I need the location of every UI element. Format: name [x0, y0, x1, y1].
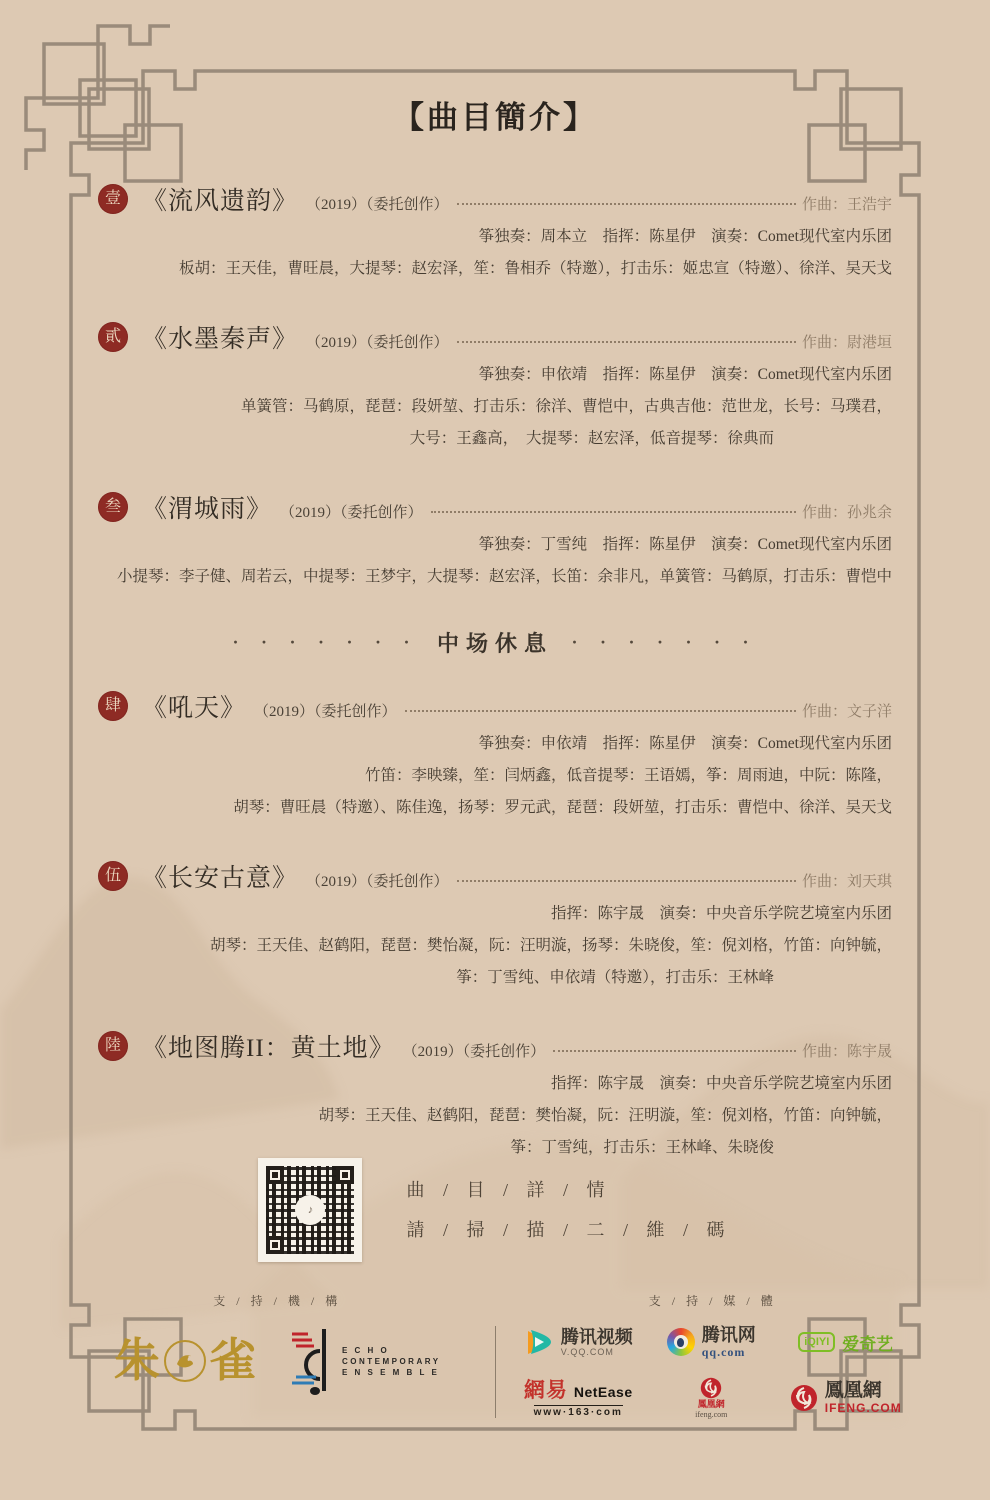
program-item-4: 肆《吼天》（2019）（委托创作）作曲：文子洋筝独奏：申依靖 指挥：陈星伊 演奏… — [98, 688, 892, 824]
program-item-5: 伍《长安古意》（2019）（委托创作）作曲：刘天琪指挥：陈宇晟 演奏：中央音乐学… — [98, 858, 892, 994]
iqiyi-badge-icon: iQIYI — [798, 1332, 835, 1352]
phoenix-icon — [790, 1384, 818, 1412]
echo-logo-text: E C H O CONTEMPORARY E N S E M B L E — [342, 1345, 441, 1378]
item-number-seal: 叁 — [98, 492, 128, 522]
piece-meta: （2019）（委托创作） — [395, 1040, 552, 1061]
piece-title: 《地图腾II：黄土地》 — [142, 1028, 395, 1064]
performers-line: 筝独奏：申依靖 指挥：陈星伊 演奏：Comet现代室内乐团 — [98, 728, 892, 760]
zhuque-logo: 朱 雀 — [114, 1338, 256, 1384]
qr-finder-icon — [266, 1166, 284, 1184]
dotted-leader — [405, 700, 796, 712]
dotted-leader — [431, 501, 796, 513]
performers-line: 筝独奏：周本立 指挥：陈星伊 演奏：Comet现代室内乐团 — [98, 221, 892, 253]
piece-title: 《吼天》 — [142, 688, 246, 724]
iqiyi-logo: iQIYI 爱奇艺 — [798, 1330, 893, 1355]
piece-meta: （2019）（委托创作） — [298, 331, 455, 352]
piece-meta: （2019）（委托创作） — [246, 700, 403, 721]
qr-finder-icon — [266, 1236, 284, 1254]
performers-line: 单簧管：马鹤原，琵琶：段妍堃、打击乐：徐洋、曹恺中，古典吉他：范世龙，长号：马璞… — [98, 391, 892, 423]
zhuque-bird-emblem-icon — [164, 1340, 206, 1382]
footer-sponsors: 支 / 持 / 機 / 構 朱 雀 — [60, 1292, 930, 1419]
zhuque-char-1: 朱 — [114, 1338, 160, 1384]
supporting-media-header: 支 / 持 / 媒 / 體 — [649, 1292, 777, 1309]
composer-credit: 作曲：尉港垣 — [798, 331, 892, 352]
performers-line: 胡琴：曹旺晨（特邀）、陈佳逸，扬琴：罗元武，琵琶：段妍堃，打击乐：曹恺中、徐洋、… — [98, 792, 892, 824]
performers-line: 筝独奏：申依靖 指挥：陈星伊 演奏：Comet现代室内乐团 — [98, 359, 892, 391]
item-number-seal: 伍 — [98, 861, 128, 891]
performers-line: 指挥：陈宇晟 演奏：中央音乐学院艺境室内乐团 — [98, 898, 892, 930]
piece-title: 《长安古意》 — [142, 858, 298, 894]
dotted-leader — [553, 1040, 796, 1052]
piece-meta: （2019）（委托创作） — [298, 193, 455, 214]
composer-credit: 作曲：孙兆余 — [798, 501, 892, 522]
echo-ensemble-logo: E C H O CONTEMPORARY E N S E M B L E — [290, 1325, 441, 1397]
zhuque-char-2: 雀 — [210, 1338, 256, 1384]
piece-header: 壹《流风遗韵》（2019）（委托创作）作曲：王浩宇 — [98, 181, 892, 217]
composer-credit: 作曲：陈宇晟 — [798, 1040, 892, 1061]
piece-meta: （2019）（委托创作） — [272, 501, 429, 522]
intermission-label: 中场休息 — [431, 631, 559, 656]
ifeng-logo: 鳳凰網 IFENG.COM — [790, 1380, 902, 1416]
performers-line: 大号：王鑫高， 大提琴：赵宏泽，低音提琴：徐典而 — [98, 423, 892, 455]
performers-line: 小提琴：李子健、周若云，中提琴：王梦宇，大提琴：赵宏泽，长笛：余非凡，单簧管：马… — [98, 561, 892, 593]
composer-credit: 作曲：王浩宇 — [798, 193, 892, 214]
item-number-seal: 壹 — [98, 184, 128, 214]
program-item-3: 叁《渭城雨》（2019）（委托创作）作曲：孙兆余筝独奏：丁雪纯 指挥：陈星伊 演… — [98, 489, 892, 593]
intermission-dots-right: · · · · · · · — [572, 632, 758, 652]
qq-globe-icon — [667, 1328, 695, 1356]
intermission-dots-left: · · · · · · · — [232, 632, 418, 652]
ifeng-small-logo: 鳳凰網 ifeng.com — [695, 1377, 727, 1419]
netease-logo: 網易 NetEase www·163·com — [524, 1378, 633, 1418]
dotted-leader — [457, 870, 796, 882]
dotted-leader — [457, 193, 796, 205]
supporting-media: 支 / 持 / 媒 / 體 腾讯视频 V.QQ.COM — [496, 1292, 931, 1419]
piece-title: 《水墨秦声》 — [142, 319, 298, 355]
qr-modules: ♪ — [266, 1166, 354, 1254]
program-item-2: 貳《水墨秦声》（2019）（委托创作）作曲：尉港垣筝独奏：申依靖 指挥：陈星伊 … — [98, 319, 892, 455]
qr-caption: 曲 / 目 / 詳 / 情 請 / 掃 / 描 / 二 / 維 / 碼 — [406, 1170, 731, 1250]
performers-line: 竹笛：李映臻，笙：闫炳鑫，低音提琴：王语嫣，筝：周雨迪，中阮：陈隆， — [98, 760, 892, 792]
phoenix-icon — [700, 1377, 722, 1399]
dotted-leader — [457, 331, 796, 343]
performers-line: 胡琴：王天佳、赵鹤阳，琵琶：樊怡凝，阮：汪明漩，笙：倪刘格，竹笛：向钟毓， — [98, 1100, 892, 1132]
piece-header: 伍《长安古意》（2019）（委托创作）作曲：刘天琪 — [98, 858, 892, 894]
qr-finder-icon — [336, 1166, 354, 1184]
concert-program-poster: 【曲目簡介】 壹《流风遗韵》（2019）（委托创作）作曲：王浩宇筝独奏：周本立 … — [0, 0, 990, 1500]
page-title: 【曲目簡介】 — [0, 92, 990, 137]
qr-center-logo: ♪ — [295, 1195, 325, 1225]
performers-line: 筝：丁雪纯、申依靖（特邀），打击乐：王林峰 — [98, 962, 892, 994]
qr-caption-line2: 請 / 掃 / 描 / 二 / 維 / 碼 — [406, 1210, 731, 1250]
tencent-qq-logo: 腾讯网 qq.com — [667, 1325, 756, 1359]
performers-line: 指挥：陈宇晟 演奏：中央音乐学院艺境室内乐团 — [98, 1068, 892, 1100]
piece-header: 叁《渭城雨》（2019）（委托创作）作曲：孙兆余 — [98, 489, 892, 525]
piece-header: 陸《地图腾II：黄土地》（2019）（委托创作）作曲：陈宇晟 — [98, 1028, 892, 1064]
piece-title: 《渭城雨》 — [142, 489, 272, 525]
piece-meta: （2019）（委托创作） — [298, 870, 455, 891]
tencent-video-logo: 腾讯视频 V.QQ.COM — [524, 1327, 633, 1358]
qr-caption-line1: 曲 / 目 / 詳 / 情 — [406, 1170, 731, 1210]
piece-title: 《流风遗韵》 — [142, 181, 298, 217]
composer-credit: 作曲：刘天琪 — [798, 870, 892, 891]
qr-code: ♪ — [258, 1158, 362, 1262]
program-item-1: 壹《流风遗韵》（2019）（委托创作）作曲：王浩宇筝独奏：周本立 指挥：陈星伊 … — [98, 181, 892, 285]
performers-line: 筝独奏：丁雪纯 指挥：陈星伊 演奏：Comet现代室内乐团 — [98, 529, 892, 561]
item-number-seal: 貳 — [98, 322, 128, 352]
piece-header: 肆《吼天》（2019）（委托创作）作曲：文子洋 — [98, 688, 892, 724]
item-number-seal: 肆 — [98, 691, 128, 721]
performers-line: 胡琴：王天佳、赵鹤阳，琵琶：樊怡凝，阮：汪明漩，扬琴：朱晓俊，笙：倪刘格，竹笛：… — [98, 930, 892, 962]
item-number-seal: 陸 — [98, 1031, 128, 1061]
qr-section: ♪ 曲 / 目 / 詳 / 情 請 / 掃 / 描 / 二 / 維 / 碼 — [0, 1158, 990, 1262]
composer-credit: 作曲：文子洋 — [798, 700, 892, 721]
program-item-6: 陸《地图腾II：黄土地》（2019）（委托创作）作曲：陈宇晟指挥：陈宇晟 演奏：… — [98, 1028, 892, 1164]
performers-line: 板胡：王天佳，曹旺晨，大提琴：赵宏泽，笙：鲁相乔（特邀），打击乐：姬忠宣（特邀）… — [98, 253, 892, 285]
program-list: 壹《流风遗韵》（2019）（委托创作）作曲：王浩宇筝独奏：周本立 指挥：陈星伊 … — [0, 181, 990, 1164]
tencent-video-play-icon — [524, 1328, 554, 1356]
supporting-organizations: 支 / 持 / 機 / 構 朱 雀 — [60, 1292, 495, 1419]
intermission-row: · · · · · · · 中场休息 · · · · · · · — [98, 627, 892, 658]
echo-logo-icon — [290, 1325, 334, 1397]
supporting-organizations-header: 支 / 持 / 機 / 構 — [213, 1292, 341, 1309]
piece-header: 貳《水墨秦声》（2019）（委托创作）作曲：尉港垣 — [98, 319, 892, 355]
